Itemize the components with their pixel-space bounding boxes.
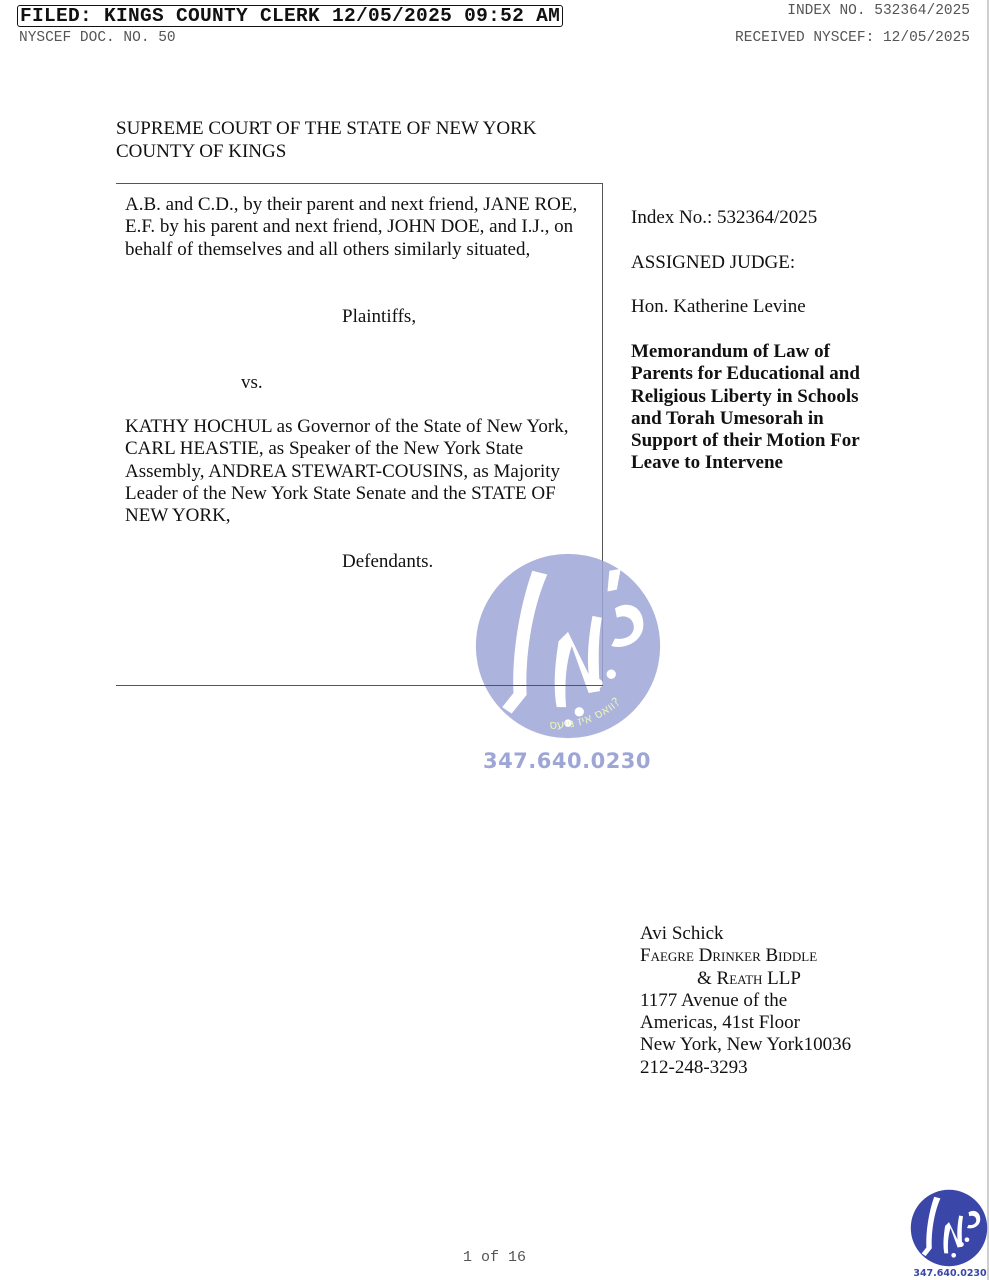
corner-logo-icon	[910, 1189, 988, 1267]
received-nyscef-date: RECEIVED NYSCEF: 12/05/2025	[735, 30, 970, 46]
address-line2: Americas, 41st Floor	[640, 1012, 851, 1034]
assigned-judge-label: ASSIGNED JUDGE:	[631, 252, 795, 274]
court-county: COUNTY OF KINGS	[116, 140, 537, 163]
counsel-phone: 212-248-3293	[640, 1057, 851, 1079]
defendants-parties: KATHY HOCHUL as Governor of the State of…	[125, 416, 595, 527]
versus-label: vs.	[241, 372, 263, 394]
defendants-label: Defendants.	[342, 551, 433, 573]
address-line3: New York, New York10036	[640, 1034, 851, 1056]
page-indicator: 1 of 16	[0, 1249, 989, 1266]
plaintiffs-parties: A.B. and C.D., by their parent and next …	[125, 194, 595, 261]
court-name: SUPREME COURT OF THE STATE OF NEW YORK	[116, 117, 537, 140]
firm-name-line2: & Reath LLP	[640, 968, 851, 990]
caption-top-rule	[116, 183, 603, 184]
watermark-phone: 347.640.0230	[462, 749, 672, 773]
caption-bottom-rule	[116, 685, 603, 686]
counsel-name: Avi Schick	[640, 923, 851, 945]
document-title: Memorandum of Law of Parents for Educati…	[631, 341, 891, 475]
assigned-judge-name: Hon. Katherine Levine	[631, 296, 806, 318]
plaintiffs-label: Plaintiffs,	[342, 306, 416, 328]
header-index-number: INDEX NO. 532364/2025	[787, 3, 970, 19]
circular-logo-watermark-icon: וואס איז נייעס?	[474, 552, 662, 740]
counsel-block: Avi Schick Faegre Drinker Biddle & Reath…	[640, 923, 851, 1079]
corner-logo-phone: 347.640.0230	[908, 1268, 989, 1279]
filed-stamp: FILED: KINGS COUNTY CLERK 12/05/2025 09:…	[17, 5, 563, 27]
firm-name-line1: Faegre Drinker Biddle	[640, 945, 851, 967]
case-index-number: Index No.: 532364/2025	[631, 207, 817, 229]
court-heading: SUPREME COURT OF THE STATE OF NEW YORK C…	[116, 117, 537, 163]
address-line1: 1177 Avenue of the	[640, 990, 851, 1012]
nyscef-doc-number: NYSCEF DOC. NO. 50	[19, 30, 176, 46]
